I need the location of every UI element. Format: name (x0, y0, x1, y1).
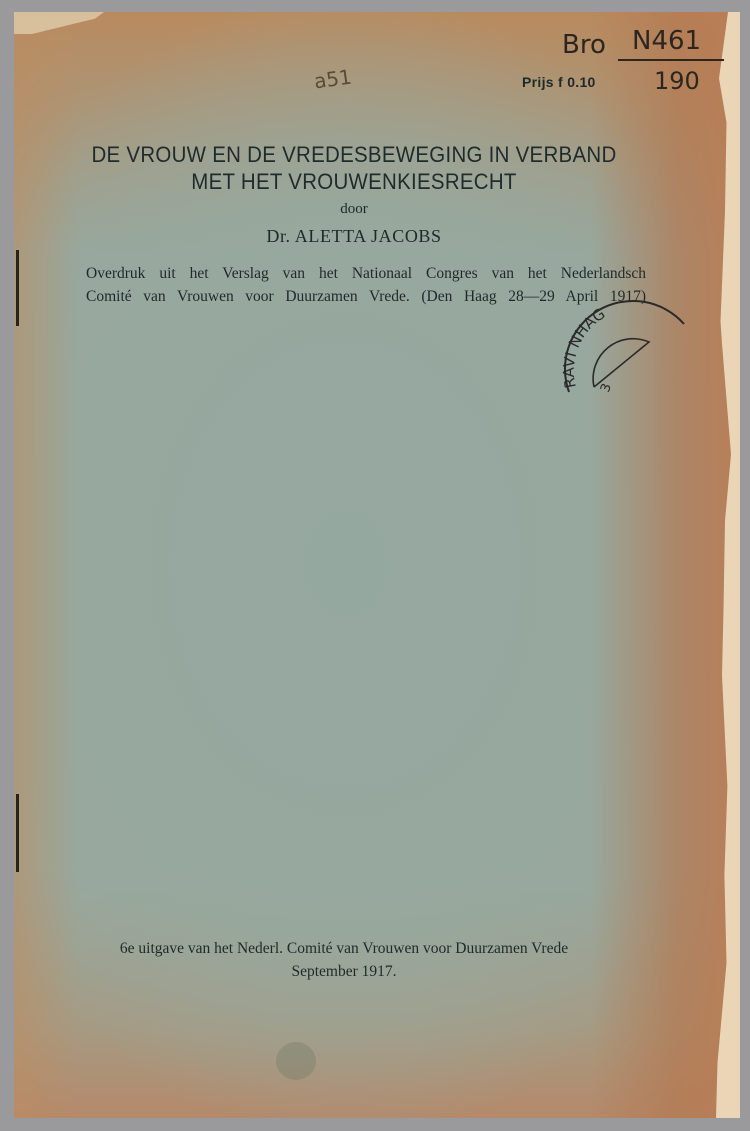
footer-line-1: 6e uitgave van het Nederl. Comité van Vr… (14, 940, 674, 958)
footer-line-2: September 1917. (14, 963, 674, 981)
title-line-1: DE VROUW EN DE VREDESBEWEGING IN VERBAND (38, 142, 670, 168)
pamphlet-cover: a51 Bro N461 190 Prijs f 0.10 DE VROUW E… (14, 12, 740, 1118)
author-name: Dr. ALETTA JACOBS (14, 226, 694, 247)
cover-content: a51 Bro N461 190 Prijs f 0.10 DE VROUW E… (14, 12, 740, 1118)
title-line-2: MET HET VROUWENKIESRECHT (38, 169, 670, 195)
subtitle-line-1: Overdruk uit het Verslag van het Nationa… (86, 262, 646, 285)
svg-text:RAVI NHAG: RAVI NHAG (560, 305, 609, 390)
shelf-code-left: Bro (562, 30, 606, 60)
stain-mark (276, 1042, 316, 1080)
shelf-code-top: N461 (632, 26, 701, 56)
pencil-note: a51 (313, 64, 354, 93)
postmark-stamp-icon: RAVI NHAG 3 (554, 292, 704, 412)
stamp-number: 3 (598, 382, 615, 395)
price-label: Prijs f 0.10 (522, 74, 596, 90)
stamp-text: RAVI NHAG (560, 305, 609, 390)
shelf-code-bottom: 190 (654, 67, 700, 95)
by-label: door (14, 201, 694, 218)
shelf-code-divider (618, 59, 724, 61)
